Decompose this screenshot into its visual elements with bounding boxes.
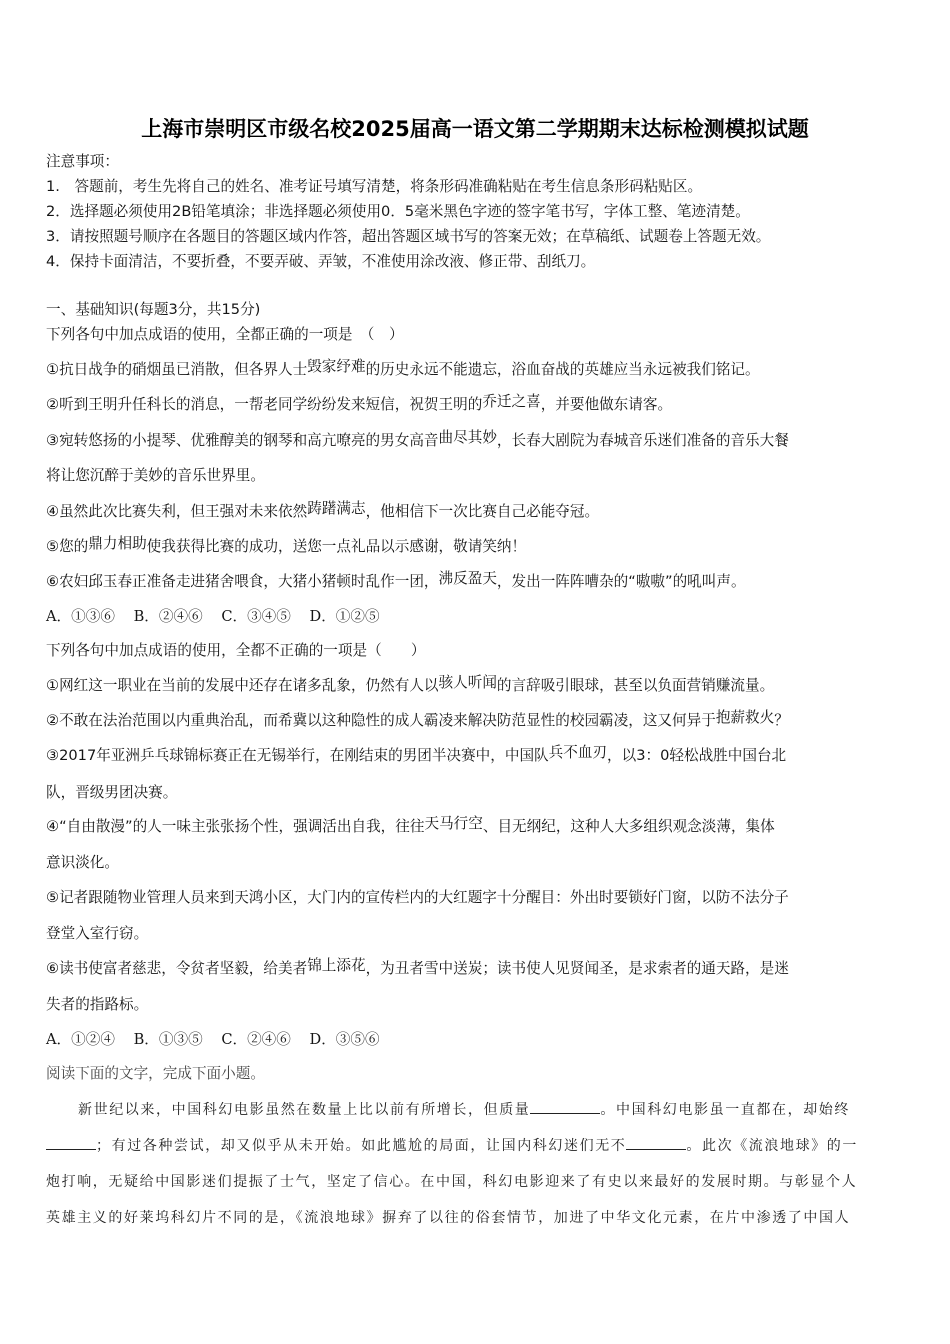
dotted-idiom: 沸反盈天 xyxy=(439,570,497,587)
exam-page: 上海市崇明区市级名校2025届高一语文第二学期期末达标检测模拟试题 注意事项： … xyxy=(0,0,950,1344)
dotted-idiom: 天马行空 xyxy=(424,815,482,832)
notice-item-1: 1. 答题前，考生先将自己的姓名、准考证号填写清楚，将条形码准确粘贴在考生信息条… xyxy=(46,177,702,197)
document-title: 上海市崇明区市级名校2025届高一语文第二学期期末达标检测模拟试题 xyxy=(0,113,950,143)
dotted-idiom: 骇人听闻 xyxy=(439,674,497,691)
passage-line-1: 新世纪以来，中国科幻电影虽然在数量上比以前有所增长，但质量。中国科幻电影虽一直都… xyxy=(78,1099,850,1120)
q1-item-5: ⑤您的鼎力相助使我获得比赛的成功，送您一点礼品以示感谢，敬请笑纳！ xyxy=(46,537,526,557)
option-b[interactable]: B．②④⑥ xyxy=(134,608,203,625)
q1-item-3-cont: 将让您沉醉于美妙的音乐世界里。 xyxy=(46,466,265,486)
q2-item-2: ②不敢在法治范围以内重典治乱，而希冀以这种隐性的成人霸凌来解决防范显性的校园霸凌… xyxy=(46,711,789,731)
dotted-idiom: 毁家纾难 xyxy=(307,358,365,375)
dotted-idiom: 抱薪救火 xyxy=(716,709,774,726)
q2-options: A．①②④ B．①③⑤ C．②④⑥ D．③⑤⑥ xyxy=(46,1030,394,1050)
q1-item-6: ⑥农妇邱玉春正准备走进猪舍喂食，大猪小猪顿时乱作一团，沸反盈天，发出一阵阵嘈杂的… xyxy=(46,572,746,592)
notice-item-3: 3．请按照题号顺序在各题目的答题区域内作答，超出答题区域书写的答案无效；在草稿纸… xyxy=(46,227,770,247)
item-text: ④虽然此次比赛失利，但王强对未来依然 xyxy=(46,503,307,520)
q2-item-6-cont: 失者的指路标。 xyxy=(46,995,148,1015)
item-text: ①抗日战争的硝烟虽已消散，但各界人士 xyxy=(46,361,307,378)
passage-text: ；有过各种尝试，却又似乎从未开始。如此尴尬的局面，让国内科幻迷们无不 xyxy=(96,1138,626,1154)
dotted-idiom: 曲尽其妙 xyxy=(439,429,497,446)
q2-item-6: ⑥读书使富者慈悲，令贫者坚毅，给美者锦上添花，为丑者雪中送炭；读书使人见贤闻圣，… xyxy=(46,959,789,979)
dotted-idiom: 锦上添花 xyxy=(307,957,365,974)
q1-item-1: ①抗日战争的硝烟虽已消散，但各界人士毁家纾难的历史永远不能遗忘，浴血奋战的英雄应… xyxy=(46,360,760,380)
q2-item-3-cont: 队，晋级男团决赛。 xyxy=(46,783,177,803)
item-text: 的言辞吸引眼球，甚至以负面营销赚流量。 xyxy=(497,677,774,694)
item-text: ，并要他做东请客。 xyxy=(541,396,672,413)
q2-item-1: ①网红这一职业在当前的发展中还存在诸多乱象，仍然有人以骇人听闻的言辞吸引眼球，甚… xyxy=(46,676,774,696)
item-text: ③2017年亚洲乒乓球锦标赛正在无锡举行，在刚结束的男团半决赛中，中国队 xyxy=(46,747,549,764)
item-text: ，他相信下一次比赛自己必能夺冠。 xyxy=(366,503,600,520)
passage-text: 。中国科幻电影虽一直都在，却始终 xyxy=(600,1102,850,1118)
dotted-idiom: 踌躇满志 xyxy=(307,500,365,517)
item-text: 、目无纲纪，这种人大多组织观念淡薄，集体 xyxy=(483,818,775,835)
dotted-idiom: 鼎力相助 xyxy=(88,535,146,552)
item-text: ②听到王明升任科长的消息，一帮老同学纷纷发来短信，祝贺王明的 xyxy=(46,396,482,413)
q2-item-4: ④“自由散漫”的人一味主张张扬个性，强调活出自我，往往天马行空、目无纲纪，这种人… xyxy=(46,817,775,837)
item-text: ⑥农妇邱玉春正准备走进猪舍喂食，大猪小猪顿时乱作一团， xyxy=(46,573,439,590)
question-2-stem: 下列各句中加点成语的使用，全都不正确的一项是（ ） xyxy=(46,641,425,661)
item-text: ，为丑者雪中送炭；读书使人见贤闻圣，是求索者的通天路，是迷 xyxy=(366,960,789,977)
question-1-stem: 下列各句中加点成语的使用，全都正确的一项是 （ ） xyxy=(46,325,404,345)
option-d[interactable]: D．③⑤⑥ xyxy=(310,1031,380,1048)
item-text: ②不敢在法治范围以内重典治乱，而希冀以这种隐性的成人霸凌来解决防范显性的校园霸凌… xyxy=(46,712,716,729)
option-c[interactable]: C．③④⑤ xyxy=(221,608,291,625)
item-text: ④“自由散漫”的人一味主张张扬个性，强调活出自我，往往 xyxy=(46,818,424,835)
fill-blank-1[interactable] xyxy=(530,1099,600,1114)
option-c[interactable]: C．②④⑥ xyxy=(221,1031,291,1048)
item-text: 使我获得比赛的成功，送您一点礼品以示感谢，敬请笑纳！ xyxy=(147,538,526,555)
item-text: ？ xyxy=(774,712,789,729)
dotted-idiom: 乔迁之喜 xyxy=(482,393,540,410)
q2-item-3: ③2017年亚洲乒乓球锦标赛正在无锡举行，在刚结束的男团半决赛中，中国队兵不血刃… xyxy=(46,746,786,766)
item-text: ①网红这一职业在当前的发展中还存在诸多乱象，仍然有人以 xyxy=(46,677,439,694)
passage-line-2: ；有过各种尝试，却又似乎从未开始。如此尴尬的局面，让国内科幻迷们无不。此次《流浪… xyxy=(46,1135,858,1156)
item-text: ⑤您的 xyxy=(46,538,88,555)
q2-item-5: ⑤记者跟随物业管理人员来到天鸿小区，大门内的宣传栏内的大红题字十分醒目：外出时要… xyxy=(46,888,789,908)
q1-item-3: ③宛转悠扬的小提琴、优雅醇美的钢琴和高亢嘹亮的男女高音曲尽其妙，长春大剧院为春城… xyxy=(46,431,789,451)
option-d[interactable]: D．①②⑤ xyxy=(310,608,380,625)
notice-item-2: 2．选择题必须使用2B铅笔填涂；非选择题必须使用0．5毫米黑色字迹的签字笔书写，… xyxy=(46,202,750,222)
item-text: ，发出一阵阵嘈杂的“嗷嗷”的吼叫声。 xyxy=(497,573,746,590)
notice-heading: 注意事项： xyxy=(46,152,119,172)
passage-line-4: 英雄主义的好莱坞科幻片不同的是，《流浪地球》摒弃了以往的俗套情节，加进了中华文化… xyxy=(46,1208,850,1228)
q2-item-4-cont: 意识淡化。 xyxy=(46,853,119,873)
dotted-idiom: 兵不血刃 xyxy=(549,744,607,761)
reading-intro: 阅读下面的文字，完成下面小题。 xyxy=(46,1064,265,1084)
passage-text: 新世纪以来，中国科幻电影虽然在数量上比以前有所增长，但质量 xyxy=(78,1102,530,1118)
passage-text: 。此次《流浪地球》的一 xyxy=(686,1138,858,1154)
notice-item-4: 4．保持卡面清洁，不要折叠，不要弄破、弄皱，不准使用涂改液、修正带、刮纸刀。 xyxy=(46,252,595,272)
option-b[interactable]: B．①③⑤ xyxy=(134,1031,203,1048)
item-text: ，长春大剧院为春城音乐迷们准备的音乐大餐 xyxy=(497,432,789,449)
item-text: ，以3：0轻松战胜中国台北 xyxy=(607,747,786,764)
fill-blank-3[interactable] xyxy=(626,1135,686,1150)
option-a[interactable]: A．①③⑥ xyxy=(46,608,115,625)
q1-item-2: ②听到王明升任科长的消息，一帮老同学纷纷发来短信，祝贺王明的乔迁之喜，并要他做东… xyxy=(46,395,672,415)
option-a[interactable]: A．①②④ xyxy=(46,1031,115,1048)
item-text: ⑥读书使富者慈悲，令贫者坚毅，给美者 xyxy=(46,960,307,977)
section-heading: 一、基础知识(每题3分，共15分) xyxy=(46,300,260,320)
item-text: 的历史永远不能遗忘，浴血奋战的英雄应当永远被我们铭记。 xyxy=(366,361,760,378)
q2-item-5-cont: 登堂入室行窃。 xyxy=(46,924,148,944)
passage-line-3: 炮打响，无疑给中国影迷们提振了士气，坚定了信心。在中国，科幻电影迎来了有史以来最… xyxy=(46,1172,857,1192)
fill-blank-2[interactable] xyxy=(46,1135,96,1150)
q1-item-4: ④虽然此次比赛失利，但王强对未来依然踌躇满志，他相信下一次比赛自己必能夺冠。 xyxy=(46,502,599,522)
q1-options: A．①③⑥ B．②④⑥ C．③④⑤ D．①②⑤ xyxy=(46,607,394,627)
item-text: ③宛转悠扬的小提琴、优雅醇美的钢琴和高亢嘹亮的男女高音 xyxy=(46,432,439,449)
